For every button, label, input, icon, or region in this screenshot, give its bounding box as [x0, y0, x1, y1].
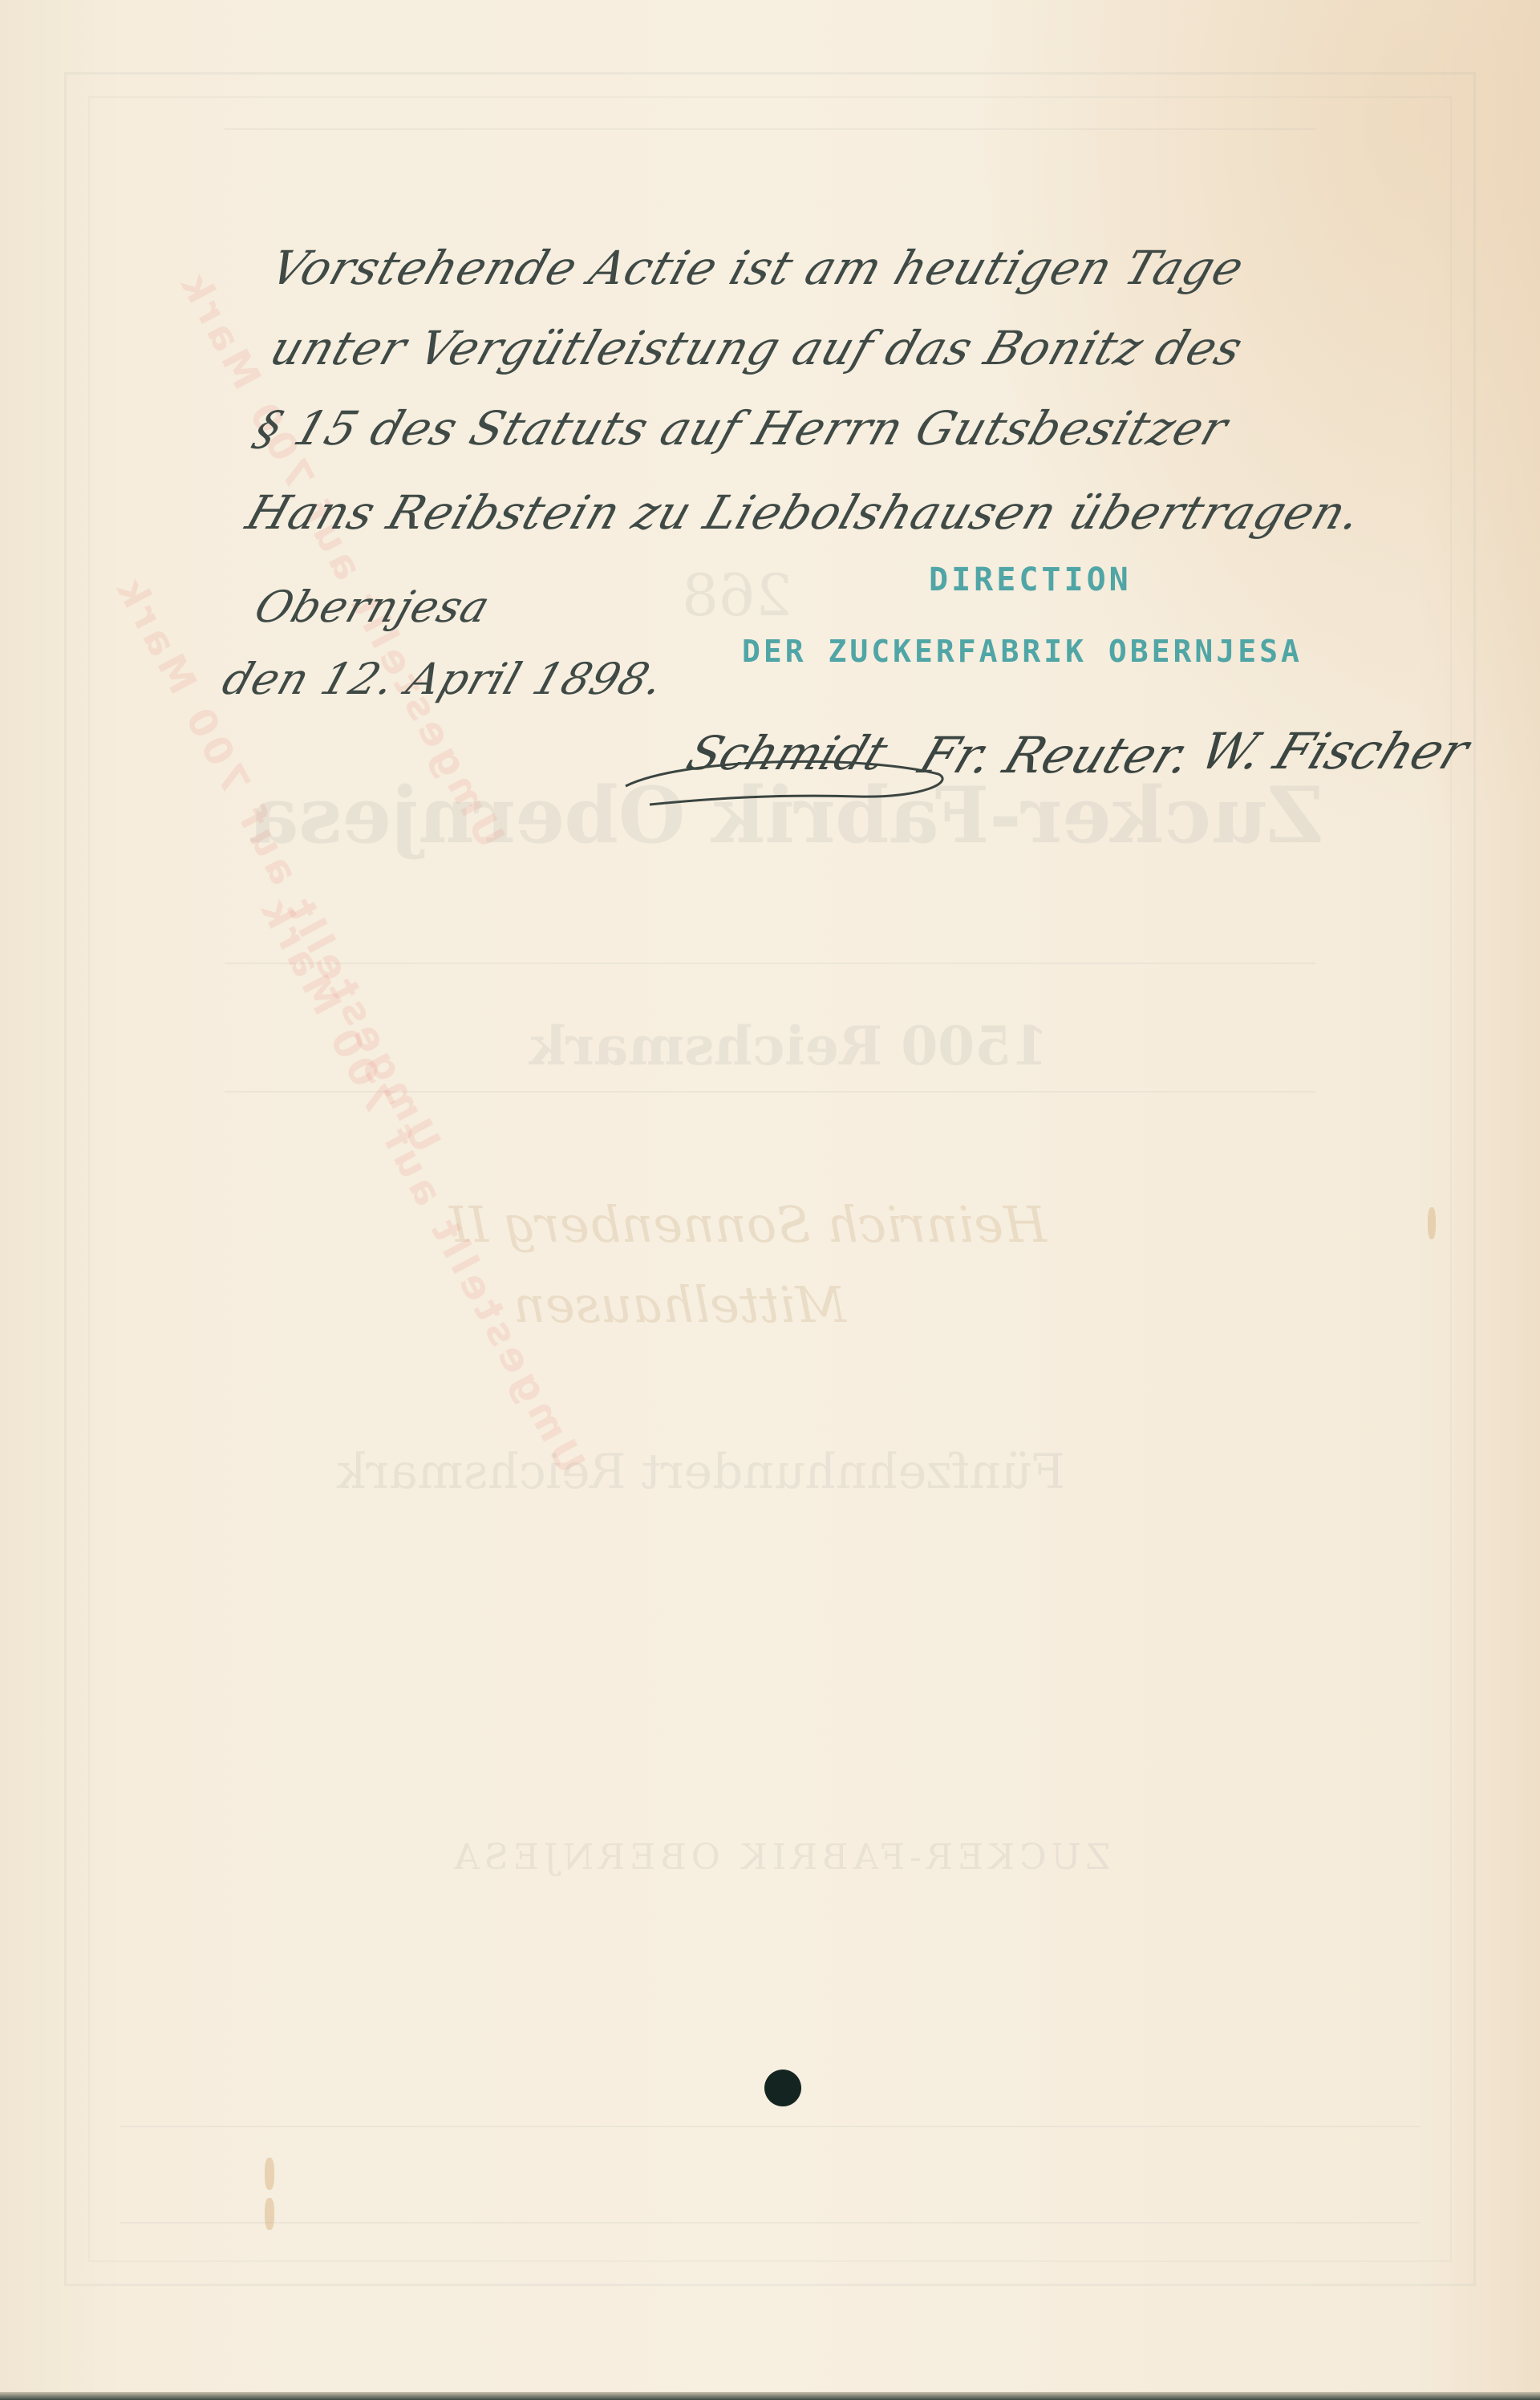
show-through-holder-name: Heinrich Sonnenberg II: [449, 1195, 1047, 1254]
show-through-rule: [225, 128, 1315, 130]
signature-3: W. Fischer: [1193, 722, 1477, 780]
company-stamp-line-2: DER ZUCKERFABRIK OBERNJESA: [742, 634, 1303, 669]
endorsement-line-1: Vorstehende Actie ist am heutigen Tage: [264, 241, 1251, 295]
show-through-rule: [225, 963, 1315, 964]
signature-2: Fr. Reuter.: [912, 726, 1200, 784]
endorsement-line-3: § 15 des Statuts auf Herrn Gutsbesitzer: [248, 401, 1235, 456]
show-through-amount: 1500 Reichsmark: [529, 1015, 1048, 1077]
scan-bottom-edge: [0, 2392, 1540, 2400]
paper-stain: [265, 2158, 274, 2190]
signature-flourish: [618, 750, 954, 806]
show-through-number: 268: [682, 561, 792, 629]
paper-stain: [1428, 1207, 1436, 1239]
endorsement-line-2: unter Vergütleistung auf das Bonitz des: [264, 321, 1250, 375]
show-through-rule: [120, 2126, 1420, 2127]
show-through-amount-words: Fünfzehnhundert Reichsmark: [337, 1444, 1065, 1500]
endorsement-place: Obernjesa: [249, 582, 496, 632]
paper-stain: [265, 2198, 274, 2230]
show-through-rule: [120, 2222, 1420, 2224]
company-stamp-line-1: DIRECTION: [929, 561, 1132, 598]
show-through-holder-place: Mittelhausen: [513, 1275, 846, 1334]
punch-hole: [764, 2070, 801, 2106]
endorsement-line-4: Hans Reibstein zu Liebolshausen übertrag…: [240, 485, 1369, 540]
show-through-issuer: ZUCKER-FABRIK OBERNJESA: [449, 1837, 1110, 1878]
endorsement-date: den 12. April 1898.: [217, 654, 671, 704]
document-page: 268 Zucker-Fabrik Obernjesa 1500 Reichsm…: [0, 0, 1540, 2400]
